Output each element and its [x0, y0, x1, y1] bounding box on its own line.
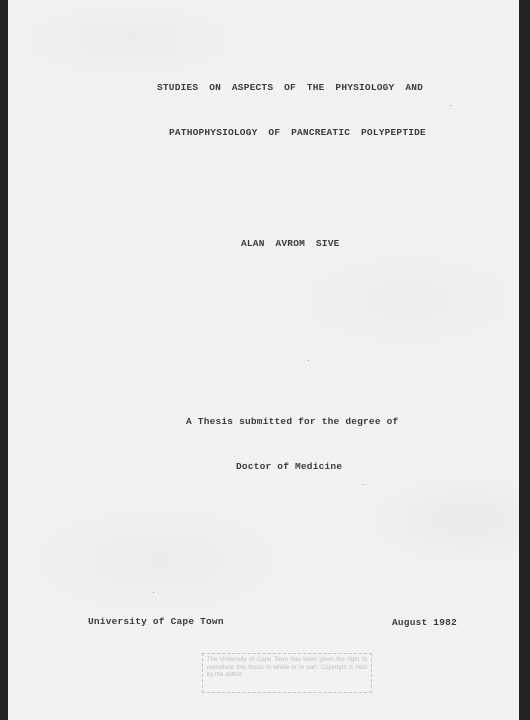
document-viewer: STUDIES ON ASPECTS OF THE PHYSIOLOGY AND…	[0, 0, 530, 720]
paper-speck	[153, 592, 154, 593]
paper-speck	[363, 484, 364, 485]
paper-speck	[308, 360, 309, 361]
submission-statement: A Thesis submitted for the degree of	[186, 416, 398, 427]
paper-speck	[450, 105, 451, 106]
degree-name: Doctor of Medicine	[236, 461, 342, 472]
submission-date: August 1982	[392, 617, 457, 628]
institution-name: University of Cape Town	[88, 616, 224, 627]
title-line-2: PATHOPHYSIOLOGY OF PANCREATIC POLYPEPTID…	[169, 127, 426, 138]
copyright-stamp: The University of Cape Town has been giv…	[202, 653, 372, 693]
author-name: ALAN AVROM SIVE	[241, 238, 340, 249]
thesis-title-page: STUDIES ON ASPECTS OF THE PHYSIOLOGY AND…	[8, 0, 519, 720]
title-line-1: STUDIES ON ASPECTS OF THE PHYSIOLOGY AND	[157, 82, 423, 93]
